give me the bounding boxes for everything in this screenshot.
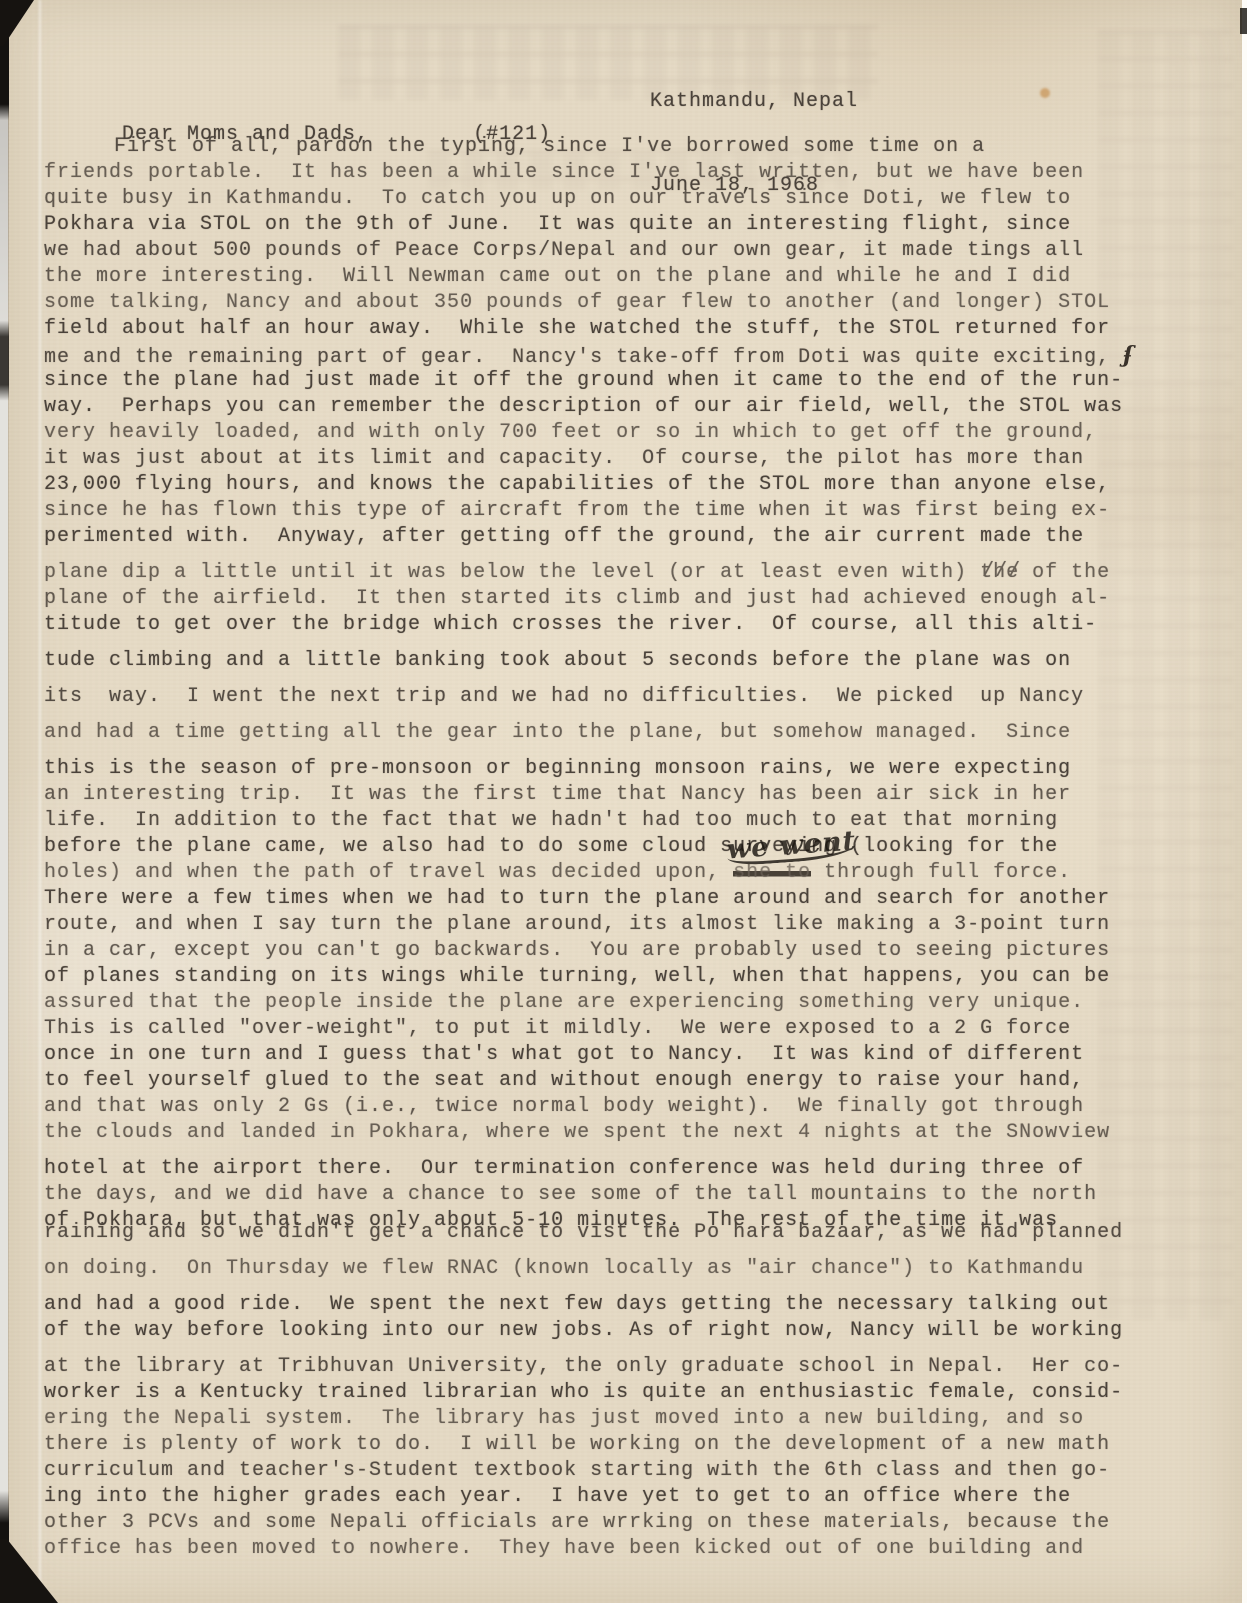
letter-line: on doing. On Thursday we flew RNAC (know… [44,1256,1224,1282]
letter-line: This is called "over-weight", to put it … [44,1016,1224,1042]
letter-line: way. Perhaps you can remember the descri… [44,394,1224,420]
letter-line: plane of the airfield. It then started i… [44,586,1224,612]
typed-text: through full force. [811,861,1071,884]
letter-line: other 3 PCVs and some Nepali officials a… [44,1510,1224,1536]
typed-text: of the [1019,561,1110,584]
letter-line: the more interesting. Will Newman came o… [44,264,1224,290]
letter-line: route, and when I say turn the plane aro… [44,912,1224,938]
letter-line: and that was only 2 Gs (i.e., twice norm… [44,1094,1224,1120]
paper-crease [38,0,42,1603]
letter-line: plane dip a little until it was below th… [44,560,1224,586]
letter-line: hotel at the airport there. Our terminat… [44,1156,1224,1182]
letter-line: First of all, pardon the typing, since I… [44,134,1224,160]
letter-line: tude climbing and a little banking took … [44,648,1224,674]
typed-overstrike-text: the [980,560,1019,586]
letter-line: we had about 500 pounds of Peace Corps/N… [44,238,1224,264]
typed-text: plane dip a little until it was below th… [44,561,980,584]
letter-line: perimented with. Anyway, after getting o… [44,524,1224,550]
letter-line: friends portable. It has been a while si… [44,160,1224,186]
letter-body: First of all, pardon the typing, since I… [44,134,1224,1562]
letter-line: Pokhara via STOL on the 9th of June. It … [44,212,1224,238]
letter-line: an interesting trip. It was the first ti… [44,782,1224,808]
scan-edge-left [0,0,9,1603]
typed-text: me and the remaining part of gear. Nancy… [44,346,1123,369]
letter-line: at the library at Tribhuvan University, … [44,1354,1224,1380]
letter-line: the clouds and landed in Pokhara, where … [44,1120,1224,1146]
letter-line: and had a good ride. We spent the next f… [44,1292,1224,1318]
letter-line: office has been moved to nowhere. They h… [44,1536,1224,1562]
letter-location: Kathmandu, Nepal [650,88,858,116]
letter-line: and had a time getting all the gear into… [44,720,1224,746]
letter-line: curriculum and teacher's-Student textboo… [44,1458,1224,1484]
letter-line: of planes standing on its wings while tu… [44,964,1224,990]
letter-line: 23,000 flying hours, and knows the capab… [44,472,1224,498]
letter-line: some talking, Nancy and about 350 pounds… [44,290,1224,316]
letter-line: ering the Nepali system. The library has… [44,1406,1224,1432]
letter-line: There were a few times when we had to tu… [44,886,1224,912]
letter-line: ing into the higher grades each year. I … [44,1484,1224,1510]
letter-line: field about half an hour away. While she… [44,316,1224,342]
letter-line: to feel yourself glued to the seat and w… [44,1068,1224,1094]
letter-line: its way. I went the next trip and we had… [44,684,1224,710]
letter-line: of the way before looking into our new j… [44,1318,1224,1344]
letter-line: raining and so we didn't get a chance to… [44,1220,1224,1246]
letter-line: me and the remaining part of gear. Nancy… [44,342,1224,368]
pen-margin-mark: ʄ [1123,342,1133,368]
letter-line: once in one turn and I guess that's what… [44,1042,1224,1068]
scanned-letter: Kathmandu, Nepal June 18, 1968 Dear Moms… [0,0,1247,1603]
letter-line: this is the season of pre-monsoon or beg… [44,756,1224,782]
letter-page: Kathmandu, Nepal June 18, 1968 Dear Moms… [8,0,1242,1603]
letter-line: before the plane came, we also had to do… [44,834,1224,860]
letter-line: it was just about at its limit and capac… [44,446,1224,472]
letter-line: very heavily loaded, and with only 700 f… [44,420,1224,446]
letter-line: the days, and we did have a chance to se… [44,1182,1224,1208]
letter-line: since he has flown this type of aircraft… [44,498,1224,524]
pen-struck-text: she towe went [733,860,811,886]
letter-line: quite busy in Kathmandu. To catch you up… [44,186,1224,212]
letter-line: titude to get over the bridge which cros… [44,612,1224,638]
letter-line: holes) and when the path of travel was d… [44,860,1224,886]
letter-line: in a car, except you can't go backwards.… [44,938,1224,964]
letter-line: there is plenty of work to do. I will be… [44,1432,1224,1458]
letter-line: life. In addition to the fact that we ha… [44,808,1224,834]
scan-edge-top-right [1240,8,1247,34]
letter-line: since the plane had just made it off the… [44,368,1224,394]
paper-stain [1040,88,1050,98]
typed-text: holes) and when the path of travel was d… [44,861,733,884]
letter-line: worker is a Kentucky trained librarian w… [44,1380,1224,1406]
letter-line: assured that the people inside the plane… [44,990,1224,1016]
